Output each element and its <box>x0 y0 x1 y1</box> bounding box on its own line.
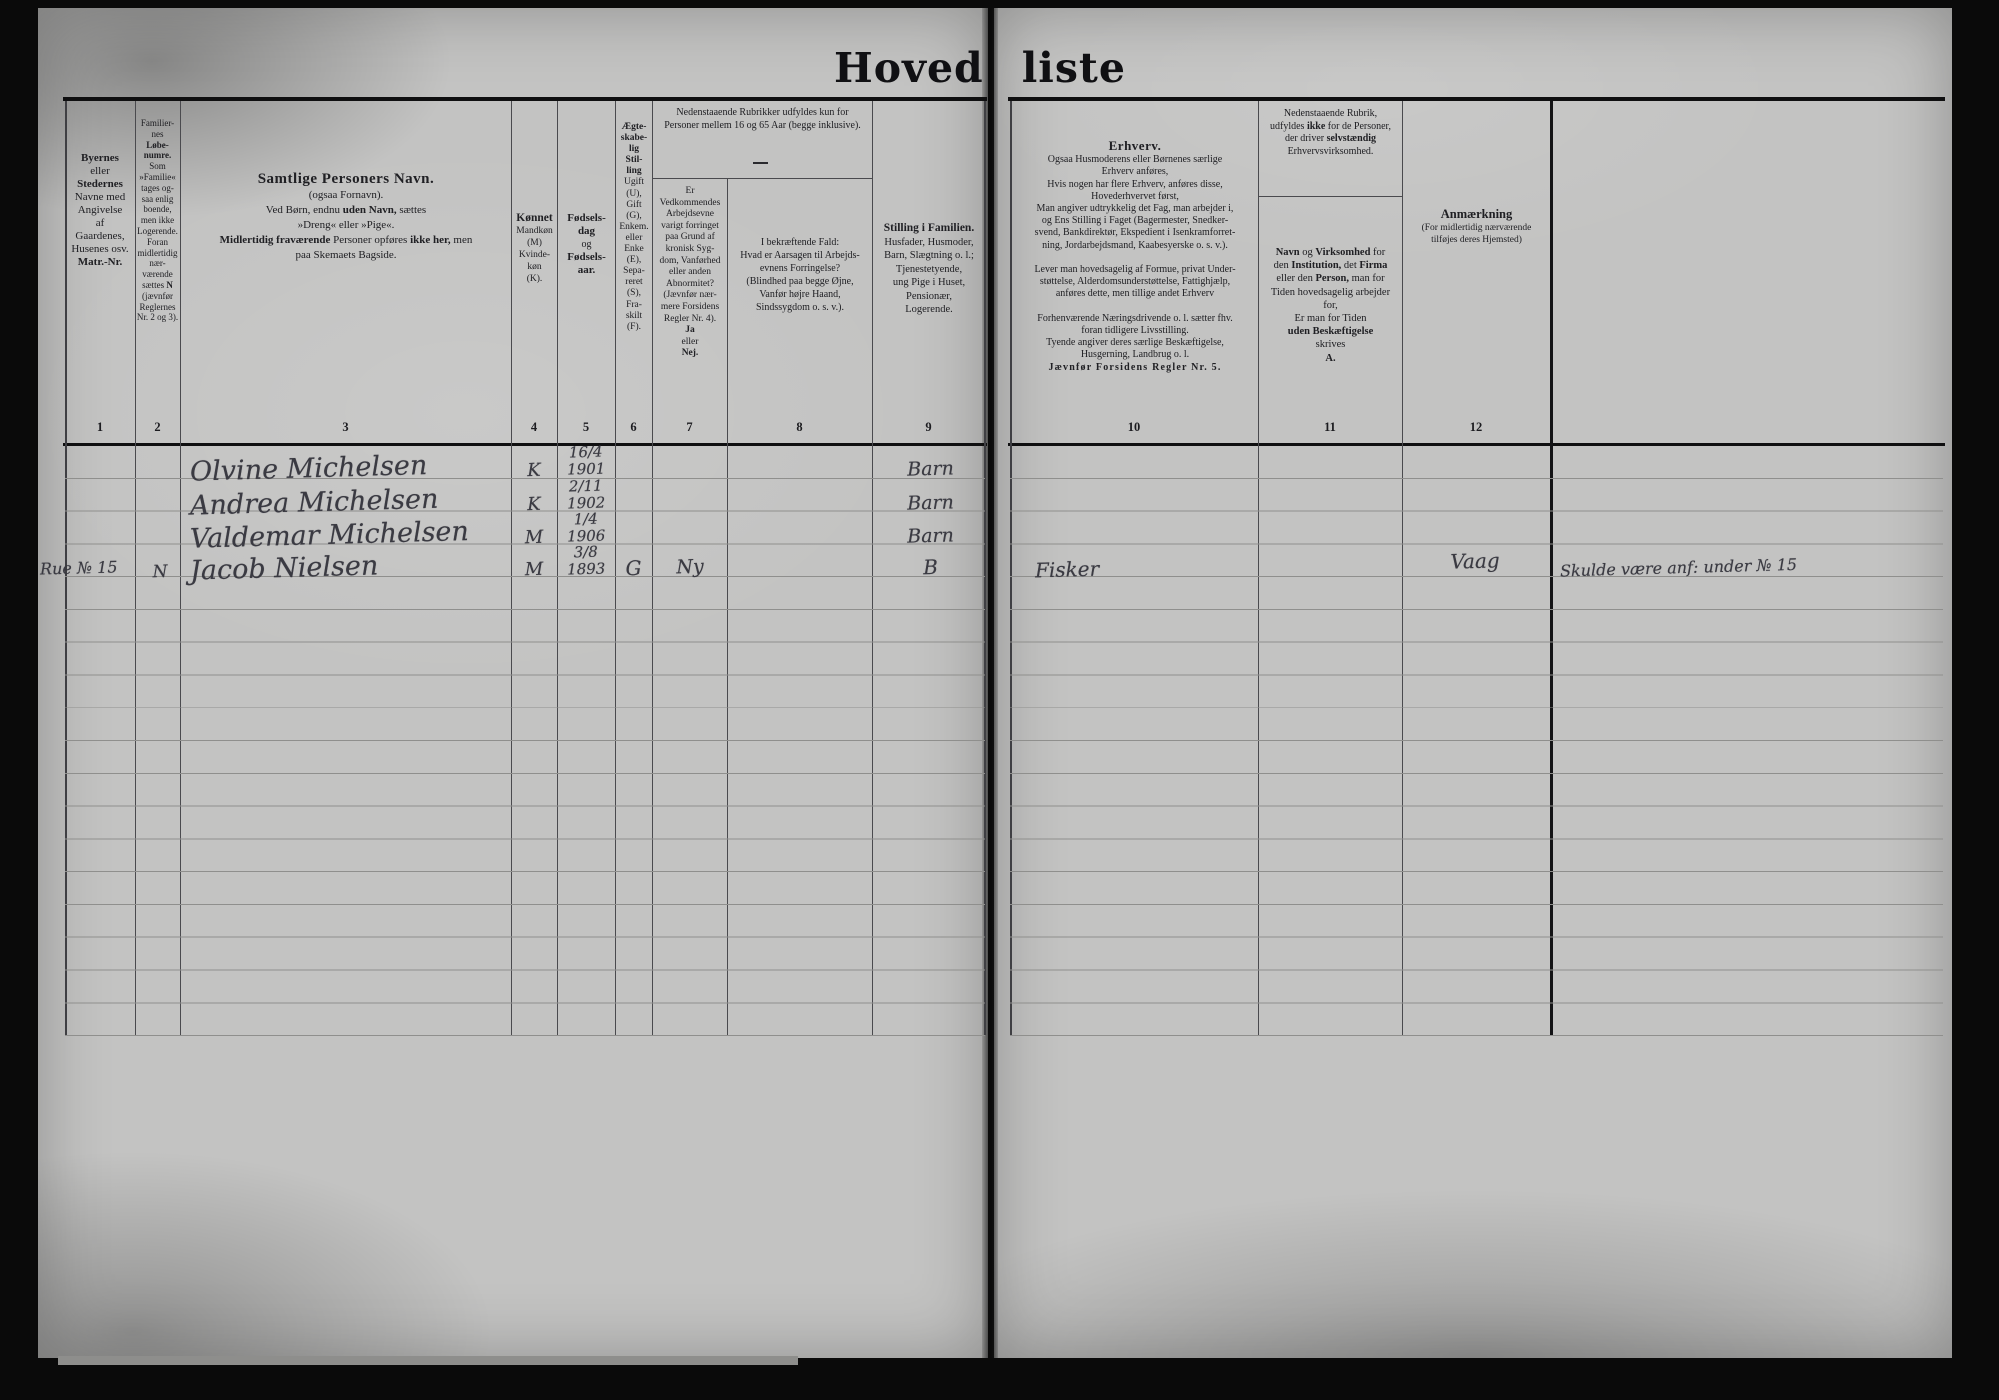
col-number-8: 8 <box>727 420 872 440</box>
header-col3-seg: (ogsaa Fornavn). <box>309 189 384 201</box>
header-col12-heading: Anmærkning <box>1441 207 1513 221</box>
header-col9-heading: Stilling i Familien. <box>884 222 974 234</box>
header-col9-family-position: Stilling i Familien. Husfader, Husmoder,… <box>873 222 985 317</box>
page-fold-seam <box>982 8 998 1358</box>
handwritten-sex: K <box>511 459 558 481</box>
header-col7-seg: Er Vedkommendes Arbejdsevne varigt forri… <box>659 186 720 324</box>
header-col4-sex: Kønnet Mandkøn (M) Kvinde- køn (K). <box>512 212 557 285</box>
header-col8-disability-cause: I bekræftende Fald: Hvad er Aarsagen til… <box>728 236 872 314</box>
handwritten-birthdate: 2/11 1902 <box>556 477 617 513</box>
page-title: Hovedliste <box>700 44 1260 92</box>
col-number-5: 5 <box>557 420 615 440</box>
header-col1-seg: Navne med Angivelse af Gaardenes, Husene… <box>71 191 128 255</box>
header-col11-top-note: Nedenstaaende Rubrik, udfyldes ikke for … <box>1259 108 1402 158</box>
handwritten-birthdate: 1/4 1906 <box>556 510 617 546</box>
col-number-3: 3 <box>180 420 511 440</box>
col-number-6: 6 <box>615 420 652 440</box>
header-col11-seg: uden Beskæftigelse <box>1288 326 1373 337</box>
header-col11-seg: og <box>1302 247 1315 258</box>
page-bottom-edge <box>58 1356 798 1365</box>
header-col10-heading: Erhverv. <box>1109 138 1162 153</box>
header-col1-seg: Stedernes <box>77 178 123 190</box>
header-col2-family-numbers: Familier- nes Løbe- numre. Som »Familie«… <box>136 118 179 323</box>
header-col3-person-names: Samtlige Personers Navn. (ogsaa Fornavn)… <box>182 172 510 263</box>
header-col11-seg: Navn <box>1276 247 1303 258</box>
handwritten-sex: M <box>511 526 558 548</box>
note-dash <box>753 162 768 164</box>
header-col11-seg: ikke <box>1307 121 1325 132</box>
col-number-9: 9 <box>872 420 985 440</box>
handwritten-birthdate: 3/8 1893 <box>556 543 617 579</box>
header-col3-seg: uden Navn, <box>343 204 400 216</box>
page-left <box>38 8 988 1358</box>
header-col12-seg: (For midlertidig nærværende tilføjes der… <box>1422 223 1532 245</box>
handwritten-place: Rue № 15 <box>40 556 152 578</box>
header-col3-seg: ikke her, <box>410 234 453 246</box>
header-col11-seg: Person, <box>1315 273 1351 284</box>
handwritten-marital-status: G <box>615 555 653 580</box>
header-col9-seg: Husfader, Husmoder, Barn, Slægtning o. l… <box>884 237 974 316</box>
header-col11-employer: Navn og Virksomhed for den Institution, … <box>1259 246 1402 365</box>
header-col11-seg: Virksomhed <box>1315 247 1373 258</box>
header-note-cols-7-8: Nedenstaaende Rubrikker udfyldes kun for… <box>653 106 872 132</box>
header-col11-seg: Erhvervsvirksomhed. <box>1288 146 1374 157</box>
col-number-11: 11 <box>1258 420 1402 440</box>
header-col11-seg: selvstændig <box>1327 133 1376 144</box>
header-col11-seg: Institution, <box>1291 260 1344 271</box>
header-col5-seg: og <box>582 239 592 250</box>
header-bottom-rule-right <box>1008 443 1945 446</box>
handwritten-occupation: Fisker <box>1035 554 1206 583</box>
handwritten-family-position: Barn <box>878 457 984 482</box>
header-col4-heading: Kønnet <box>516 212 552 224</box>
header-col7-seg: Nej. <box>682 348 699 358</box>
header-col7-seg: eller <box>682 337 699 347</box>
header-col11-seg: det <box>1344 260 1359 271</box>
handwritten-sex: K <box>511 493 558 515</box>
header-col6-heading: Ægte- skabe- lig Stil- ling <box>621 122 647 176</box>
handwritten-family-position: Barn <box>878 491 984 516</box>
header-col1-seg: eller <box>90 165 110 177</box>
header-col7-work-ability: Er Vedkommendes Arbejdsevne varigt forri… <box>653 186 727 360</box>
title-word-1: Hoved <box>834 44 984 92</box>
col-number-4: 4 <box>511 420 557 440</box>
header-col1-seg: Matr.-Nr. <box>78 256 122 268</box>
header-col4-seg: Mandkøn (M) Kvinde- køn (K). <box>516 226 552 284</box>
header-col2-seg: Familier- nes <box>141 118 174 139</box>
header-col5-heading: Fødsels- aar. <box>567 251 606 276</box>
handwritten-remark: Vaag <box>1400 547 1551 575</box>
header-col10-seg: Jævnfør Forsidens Regler Nr. 5. <box>1048 362 1221 373</box>
header-col6-marital-status: Ægte- skabe- lig Stil- ling Ugift (U), G… <box>616 122 652 333</box>
top-rule-left <box>63 97 987 101</box>
handwritten-family-position: Barn <box>878 524 984 549</box>
header-bottom-rule-left <box>63 443 987 446</box>
header-col3-seg: Personer opføres <box>333 234 410 246</box>
header-col2-seg: Løbe- numre. <box>144 140 172 161</box>
handwritten-family-position: B <box>878 554 984 581</box>
header-col2-seg: (jævnfør Reglernes Nr. 2 og 3). <box>137 291 178 323</box>
col-number-12: 12 <box>1402 420 1550 440</box>
handwritten-birthdate: 16/4 1901 <box>556 443 617 479</box>
header-col7-seg: Ja <box>685 325 695 335</box>
header-col11-seg: Firma <box>1359 260 1387 271</box>
header-col10-occupation: Erhverv. Ogsaa Husmoderens eller Børnene… <box>1012 140 1258 374</box>
header-col2-seg: Som »Familie« tages og- saa enlig boende… <box>137 161 178 290</box>
col-number-2: 2 <box>135 420 180 440</box>
col-number-7: 7 <box>652 420 727 440</box>
header-col1-seg: Byernes <box>81 152 119 164</box>
header-col3-heading: Samtlige Personers Navn. <box>258 171 435 187</box>
col-number-1: 1 <box>65 420 135 440</box>
header-col5-heading: Fødsels- dag <box>567 212 606 237</box>
col-number-10: 10 <box>1010 420 1258 440</box>
header-col11-seg: eller den <box>1276 273 1315 284</box>
header-col11-seg: A. <box>1325 353 1335 364</box>
top-rule-right <box>1008 97 1945 101</box>
header-col5-birthdate: Fødsels- dag og Fødsels- aar. <box>558 212 615 277</box>
handwritten-work-ability: Ny <box>655 555 726 579</box>
handwritten-sex: M <box>511 558 558 580</box>
header-col3-seg: Ved Børn, endnu <box>266 204 343 216</box>
header-col1-place-names: Byernes eller Stedernes Navne med Angive… <box>65 152 135 269</box>
header-col2-seg: N <box>166 280 173 290</box>
census-form-scan: Hovedliste 1 2 3 4 5 6 7 8 9 10 11 12 By… <box>0 0 1999 1400</box>
title-word-2: liste <box>1022 44 1126 92</box>
header-col6-seg: Ugift (U), Gift (G), Enkem. eller Enke (… <box>619 177 648 331</box>
header-col10-seg: Ogsaa Husmoderens eller Børnenes særlige… <box>1034 154 1235 360</box>
header-col11-seg: skrives <box>1316 339 1346 350</box>
header-col12-remarks: Anmærkning (For midlertidig nærværende t… <box>1403 208 1550 246</box>
note-divider-cols-7-8 <box>652 178 872 179</box>
header-col3-seg: Midlertidig fraværende <box>220 234 333 246</box>
col11-inner-divider <box>1258 196 1402 197</box>
handwritten-absence-mark: N <box>142 562 179 583</box>
